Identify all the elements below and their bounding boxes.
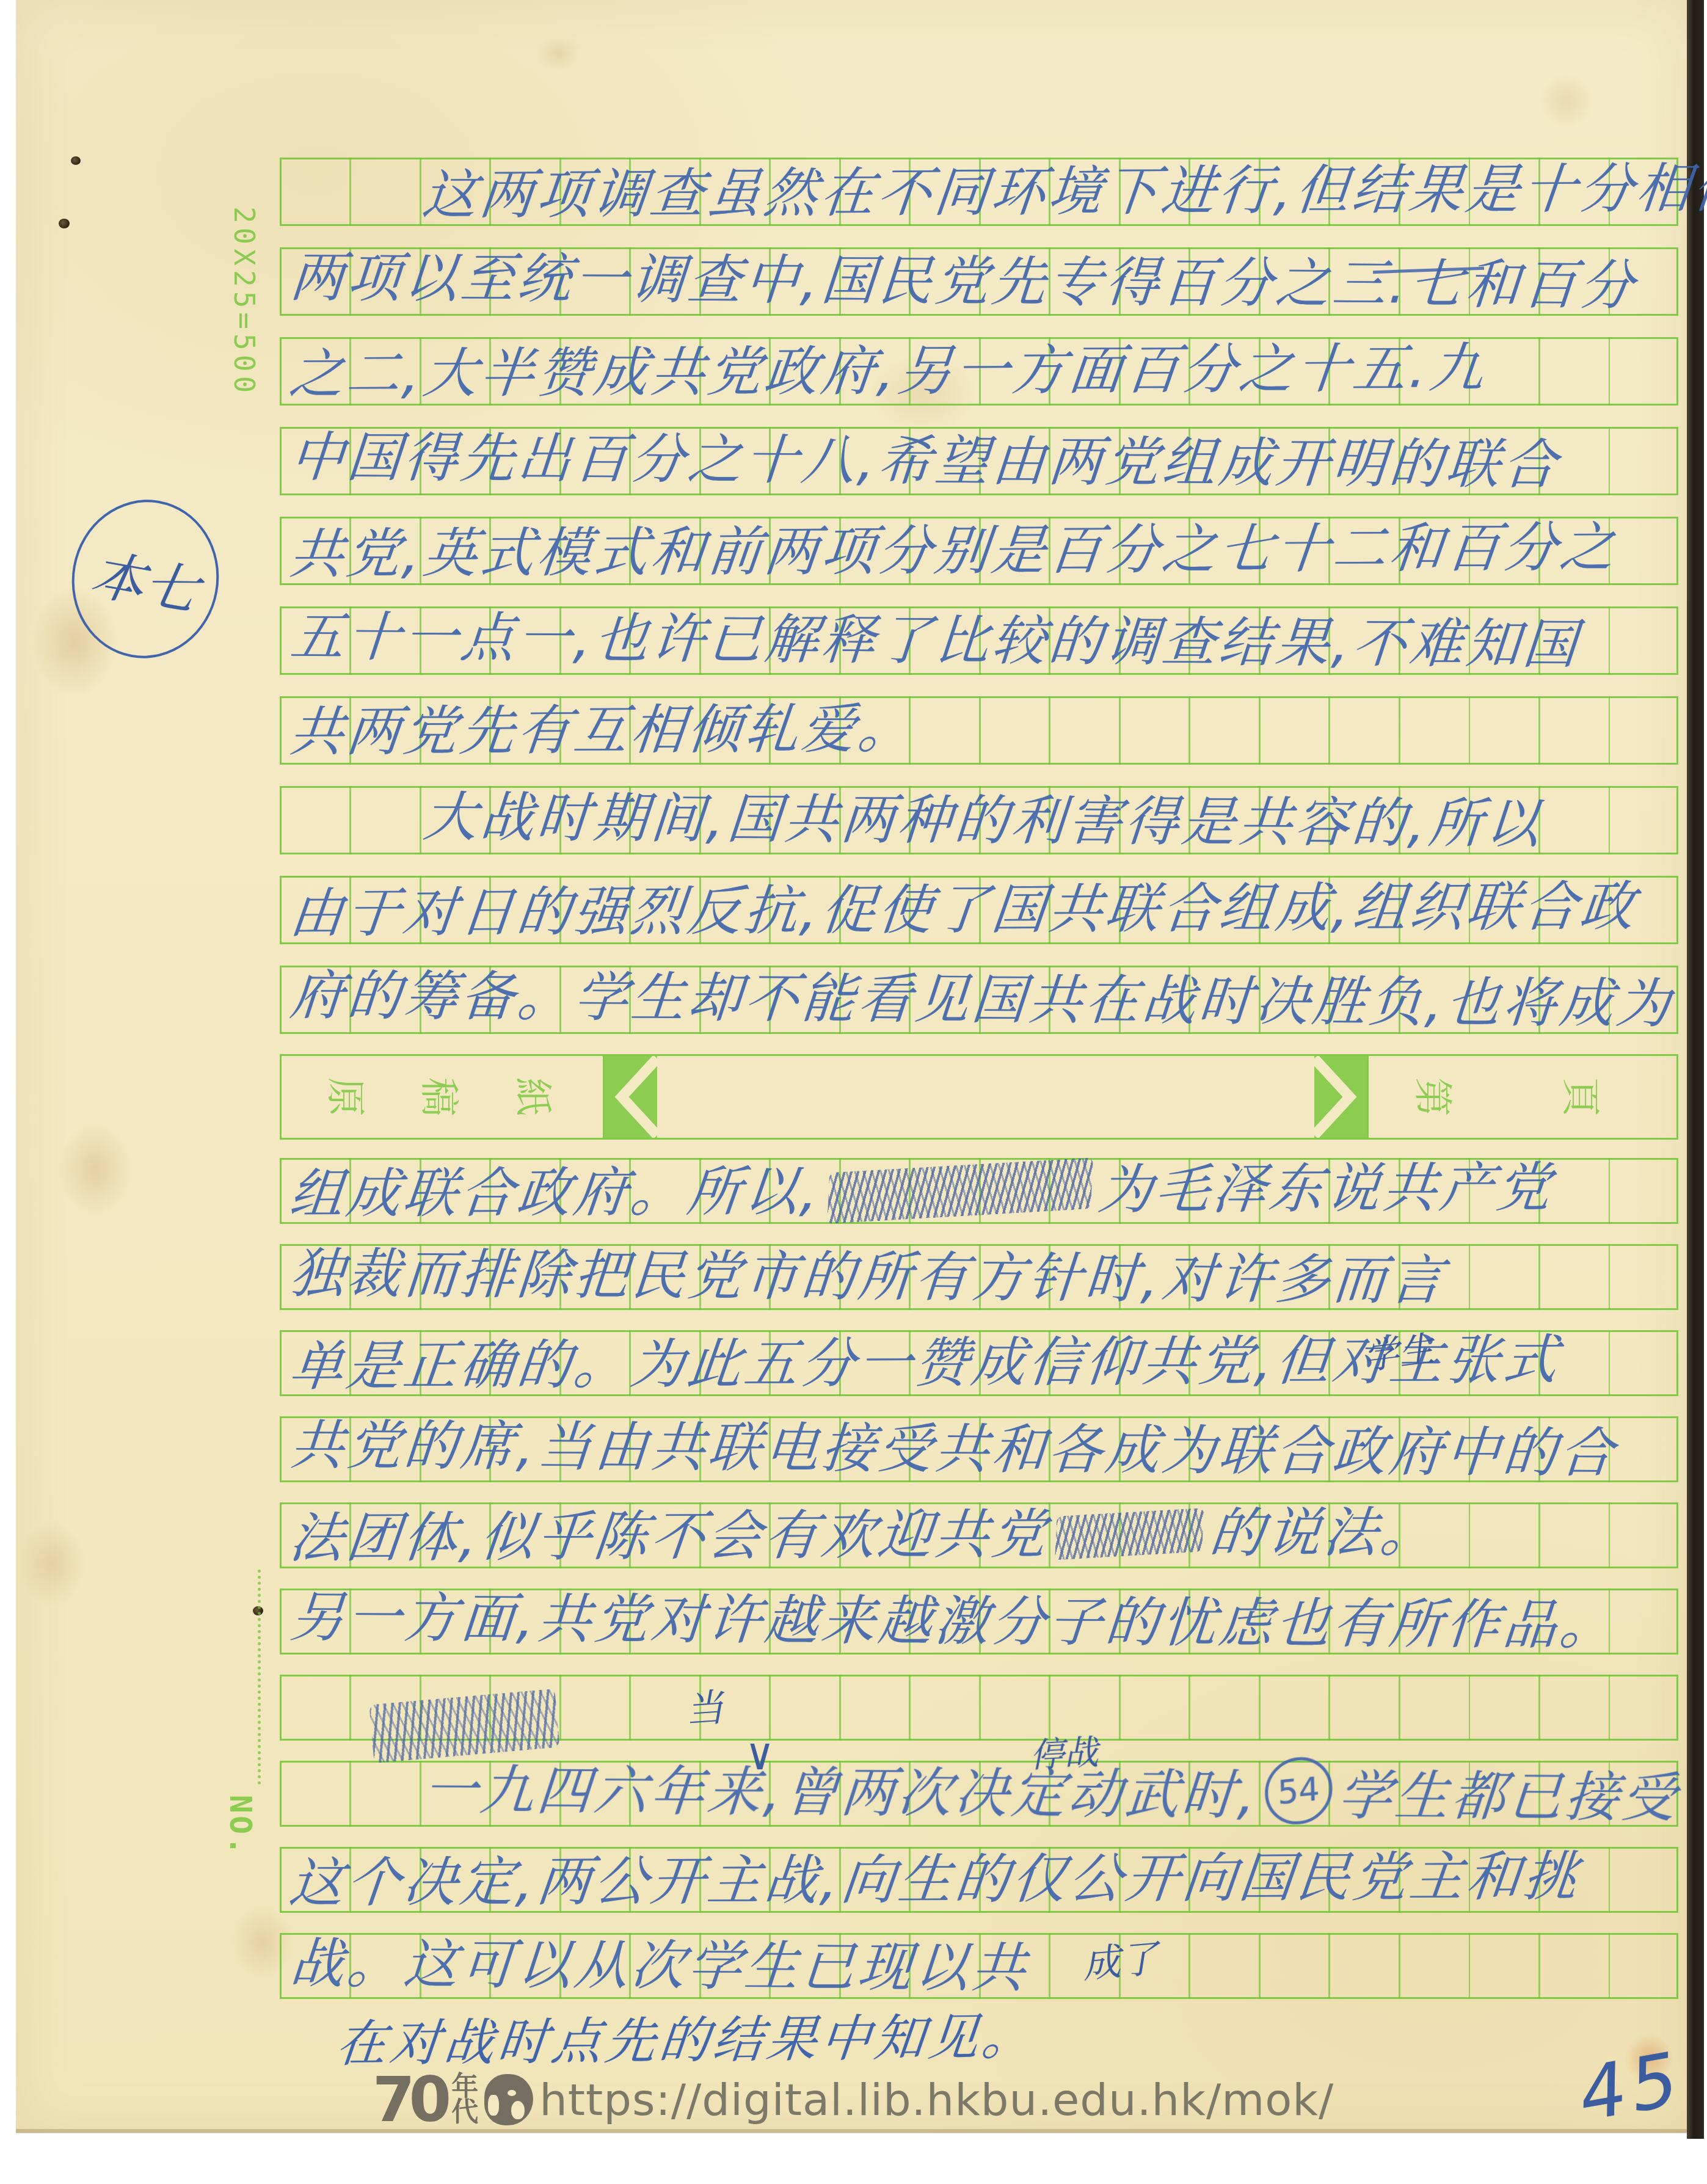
handwritten-line: 之二,大半赞成共党政府,另一方面百分之十五.九 xyxy=(278,337,1490,406)
grid-row: 中国得先出百分之十八,希望由两党组成开明的联合 xyxy=(280,427,1678,495)
handwritten-line: 独裁而排除把民党市的所有方针时,对许多而言 xyxy=(279,1242,1448,1312)
seventies-logo-chars: 年 代 xyxy=(451,2074,478,2125)
grid-row: 法团体,似乎陈不会有欢迎共党的说法。 xyxy=(280,1502,1678,1568)
manuscript-paper-label: 原 稿 紙 xyxy=(280,1056,605,1138)
grid-row: 之二,大半赞成共党政府,另一方面百分之十五.九 xyxy=(280,337,1678,406)
handwritten-line: 组成联合政府。所以,为毛泽东说共产党 xyxy=(278,1156,1557,1226)
interline-note: 成了 xyxy=(1080,1928,1160,1989)
line-text: 为毛泽东说共产党 xyxy=(1096,1156,1557,1222)
grid-row: 组成联合政府。所以,为毛泽东说共产党 xyxy=(280,1158,1678,1224)
digital-archive-watermark: 70 年 代 https://digital.lib.hkbu.edu.hk/m… xyxy=(373,2073,1334,2127)
handwritten-line: 这两项调查虽然在不同环境下进行,但结果是十分相似的。 xyxy=(278,156,1707,228)
title-char: 原 xyxy=(321,1077,377,1116)
scan-right-edge xyxy=(1687,0,1704,2139)
line-text: 一九四六年来,曾两次决定动武时, xyxy=(421,1758,1261,1827)
logo-dai-char: 代 xyxy=(451,2100,478,2125)
crossed-out-text xyxy=(827,1157,1093,1224)
handwritten-line: 战。这可以从次学生已现以共 xyxy=(279,1932,1030,2000)
insertion-annotation: 当 xyxy=(683,1677,725,1734)
page-suffix-char: 頁 xyxy=(1556,1077,1612,1116)
page-prefix-char: 第 xyxy=(1408,1077,1464,1116)
title-char: 紙 xyxy=(508,1077,564,1116)
grid-row: 共两党先有互相倾轧爱。 xyxy=(280,696,1678,765)
grid-row: 共党,英式模式和前两项分别是百分之七十二和百分之 xyxy=(280,517,1678,585)
printed-center-band: 原 稿 紙 第 頁 xyxy=(280,1054,1678,1140)
handwritten-line: 五十一点一,也许已解释了比较的调查结果,不难知国 xyxy=(280,605,1582,677)
line-text: 的说法。 xyxy=(1207,1501,1441,1565)
chevron-right-ornament xyxy=(1314,1056,1367,1138)
grid-row: 另一方面,共党对许越来越激分子的忧虑也有所作品。 xyxy=(280,1589,1678,1654)
grid-row: 战。这可以从次学生已现以共 xyxy=(280,1933,1678,1999)
watermark-url: https://digital.lib.hkbu.edu.hk/mok/ xyxy=(539,2074,1334,2125)
number-label-text: NO. xyxy=(223,1795,258,1857)
line-text: 组成联合政府。所以, xyxy=(286,1160,824,1226)
grid-row: 由于对日的强烈反抗,促使了国共联合组成,组织联合政 xyxy=(280,876,1678,944)
handwritten-line: 法团体,似乎陈不会有欢迎共党的说法。 xyxy=(278,1501,1440,1570)
handwritten-line: 府的筹备。学生却不能看见国共在战时决胜负,也将成为 xyxy=(280,964,1676,1036)
grid-row: 一九四六年来,曾两次决定动武时,54学生都已接受 xyxy=(280,1761,1678,1827)
number-label: NO. xyxy=(209,1785,272,1868)
paper-bottom-edge xyxy=(16,2129,1687,2133)
chevron-left-ornament xyxy=(605,1056,657,1138)
page-number-field: 第 頁 xyxy=(1367,1056,1678,1138)
crossed-out-text xyxy=(1055,1508,1204,1560)
shouting-face-logo-icon xyxy=(484,2074,533,2125)
grid-row: 大战时期间,国共两种的利害得是共容的,所以 xyxy=(280,786,1678,854)
grid-block-bottom: 组成联合政府。所以,为毛泽东说共产党 独裁而排除把民党市的所有方针时,对许多而言… xyxy=(280,1158,1678,2019)
face-eye xyxy=(508,2090,516,2096)
grid-count-text: 20X25=500 xyxy=(228,206,261,396)
handwritten-line: 由于对日的强烈反抗,促使了国共联合组成,组织联合政 xyxy=(278,875,1640,945)
line-text: 法团体,似乎陈不会有欢迎共党 xyxy=(286,1502,1052,1570)
punch-hole xyxy=(71,156,81,165)
insertion-annotation: 学生 xyxy=(1360,1320,1436,1380)
punch-hole xyxy=(59,219,70,228)
grid-block-top: 这两项调查虽然在不同环境下进行,但结果是十分相似的。 两项以至统一调查中,国民党… xyxy=(280,158,1678,1055)
logo-year-char: 年 xyxy=(451,2074,478,2100)
grid-row: 单是正确的。为此五分一赞成信仰共党,但对主张式 xyxy=(280,1330,1678,1396)
face-mouth xyxy=(511,2101,525,2119)
handwritten-line: 共党,英式模式和前两项分别是百分之七十二和百分之 xyxy=(278,515,1620,586)
grid-row: 五十一点一,也许已解释了比较的调查结果,不难知国 xyxy=(280,606,1678,675)
handwritten-line: 另一方面,共党对许越来越激分子的忧虑也有所作品。 xyxy=(280,1585,1619,1657)
handwritten-line: 中国得先出百分之十八,希望由两党组成开明的联合 xyxy=(280,426,1562,497)
margin-note-text: 本七 xyxy=(86,532,205,627)
insertion-caret: ∨ xyxy=(745,1728,774,1780)
grid-row: 这个决定,两公开主战,向生的仅公开向国民党主和挑 xyxy=(280,1847,1678,1913)
title-char: 稿 xyxy=(414,1077,470,1116)
grid-row: 府的筹备。学生却不能看见国共在战时决胜负,也将成为 xyxy=(280,966,1678,1034)
scanned-manuscript-page: 20X25=500 NO. 这两项调查虽然在不同环境下进行,但结果是十分相似的。… xyxy=(0,0,1707,2184)
handwritten-line: 共党的席,当由共联电接受共和各成为联合政府中的合 xyxy=(280,1413,1619,1485)
grid-row: 独裁而排除把民党市的所有方针时,对许多而言 xyxy=(280,1244,1678,1310)
handwritten-line: 大战时期间,国共两种的利害得是共容的,所以 xyxy=(280,785,1545,856)
number-dotted-line xyxy=(258,1570,261,1785)
grid-count-note: 20X25=500 xyxy=(213,205,276,398)
handwritten-line: 共两党先有互相倾轧爱。 xyxy=(278,697,919,763)
line-text: 学生都已接受 xyxy=(1336,1764,1681,1830)
grid-row: 共党的席,当由共联电接受共和各成为联合政府中的合 xyxy=(280,1416,1678,1482)
handwritten-line: 两项以至统一调查中,国民党先专得百分之三.七和百分 xyxy=(280,246,1639,318)
handwritten-page-number: 45 xyxy=(1573,2036,1689,2138)
grid-row: 这两项调查虽然在不同环境下进行,但结果是十分相似的。 xyxy=(280,158,1678,226)
circled-number-annotation: 54 xyxy=(1264,1754,1333,1827)
seventies-logo-number: 70 xyxy=(373,2072,445,2127)
interline-note: 停战 xyxy=(1028,1725,1099,1778)
handwritten-line: 一九四六年来,曾两次决定动武时,54学生都已接受 xyxy=(279,1756,1681,1832)
face-hand xyxy=(488,2095,499,2116)
grid-row: 两项以至统一调查中,国民党先专得百分之三.七和百分 xyxy=(280,247,1678,316)
handwritten-line: 这个决定,两公开主战,向生的仅公开向国民党主和挑 xyxy=(278,1844,1583,1915)
